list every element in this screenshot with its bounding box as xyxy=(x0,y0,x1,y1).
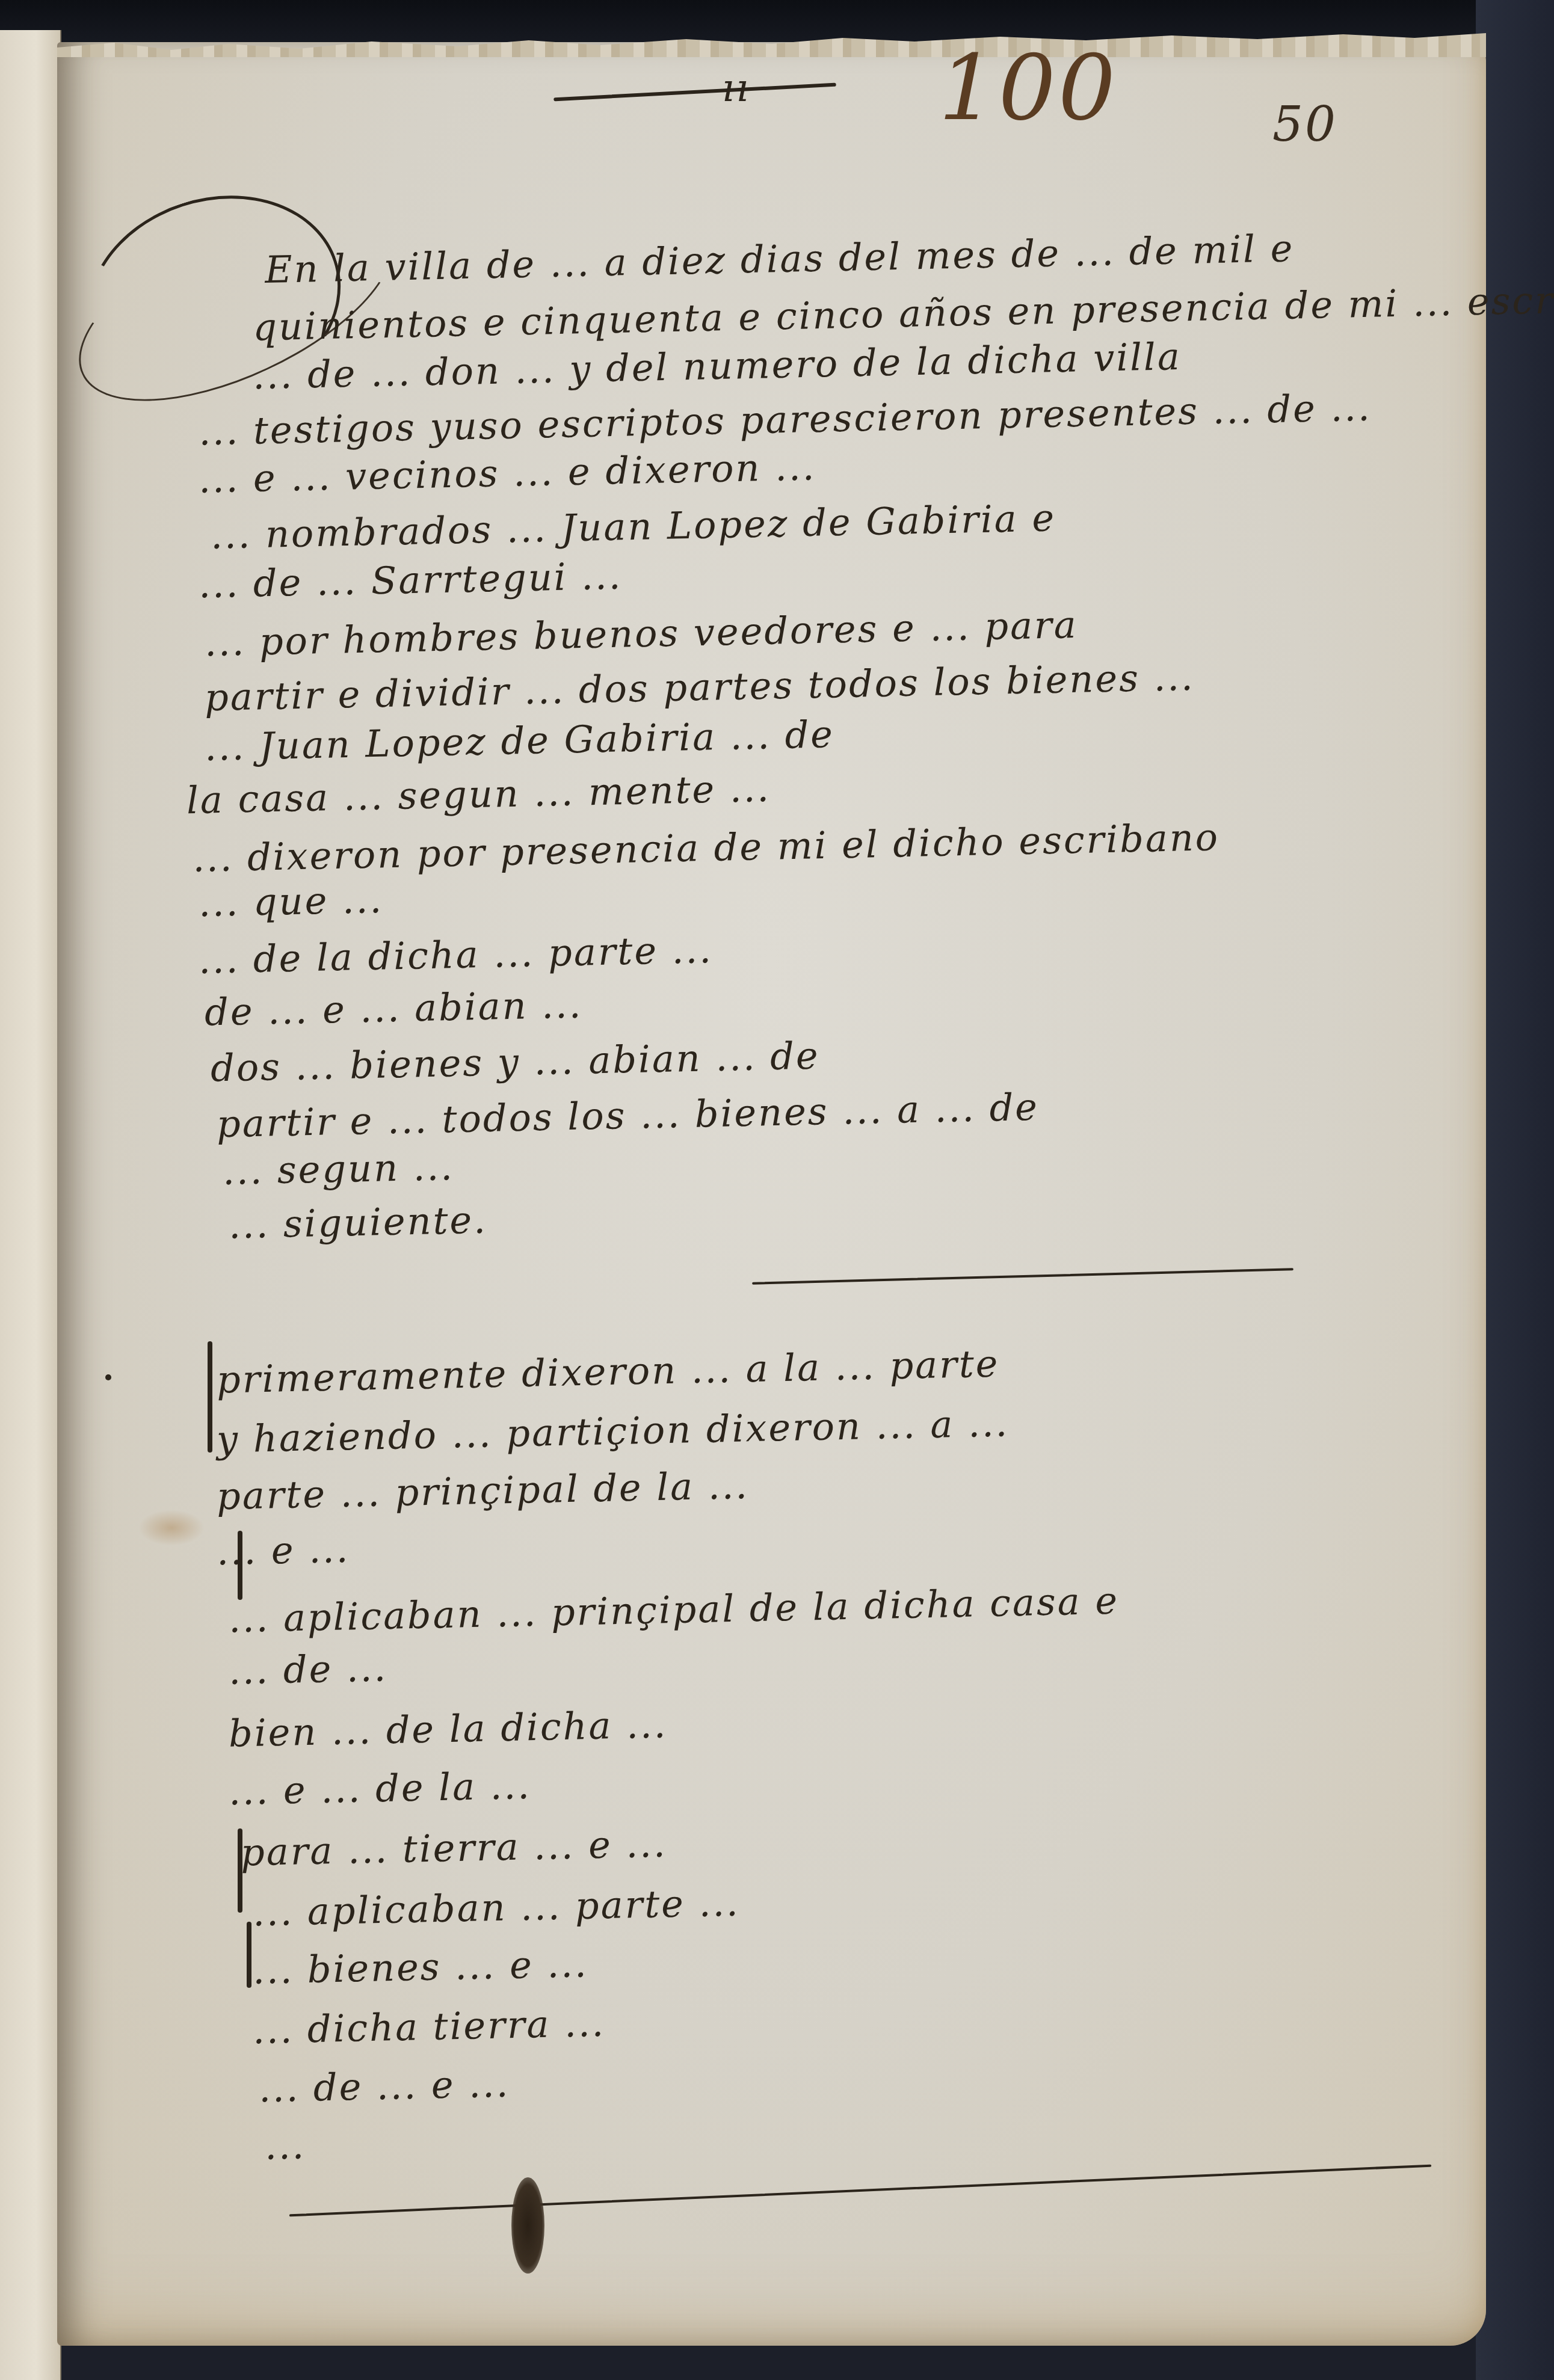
margin-bracket xyxy=(208,1341,212,1453)
manuscript-line: ... e ... de la ... xyxy=(228,1767,531,1811)
manuscript-line: para ... tierra ... e ... xyxy=(240,1825,667,1872)
paper-stain xyxy=(138,1510,205,1546)
manuscript-line: ... bienes ... e ... xyxy=(252,1945,588,1990)
manuscript-line: ... xyxy=(264,2127,306,2165)
manuscript-line: ... de ... xyxy=(228,1649,387,1690)
manuscript-line: ... segun ... xyxy=(222,1148,454,1190)
manuscript-line: ... que ... xyxy=(198,881,383,922)
manuscript-line: bien ... de la dicha ... xyxy=(228,1706,667,1752)
header-mark: ıı xyxy=(722,66,750,111)
folio-number: 100 xyxy=(939,36,1118,141)
old-folio-number: 50 xyxy=(1272,96,1337,152)
manuscript-line: de ... e ... abian ... xyxy=(204,986,583,1031)
margin-bracket xyxy=(247,1922,251,1988)
manuscript-line: ... de la dicha ... parte ... xyxy=(198,931,713,979)
margin-dot xyxy=(105,1374,111,1380)
facing-page-edge xyxy=(0,30,61,2380)
margin-bracket xyxy=(238,1828,242,1913)
manuscript-line: parte ... prinçipal de la ... xyxy=(216,1467,749,1516)
manuscript-line: ... e ... xyxy=(216,1531,350,1571)
margin-bracket xyxy=(238,1531,242,1600)
manuscript-line: ... dicha tierra ... xyxy=(252,2005,605,2049)
manuscript-line: ... siguiente. xyxy=(228,1202,487,1244)
scan-backdrop-right xyxy=(1476,0,1554,2380)
manuscript-line: la casa ... segun ... mente ... xyxy=(186,770,771,819)
manuscript-line: ... de ... Sarrtegui ... xyxy=(198,558,623,604)
ink-blot xyxy=(511,2177,544,2274)
manuscript-line: ... aplicaban ... parte ... xyxy=(252,1884,740,1932)
manuscript-line: ... de ... e ... xyxy=(258,2065,510,2108)
